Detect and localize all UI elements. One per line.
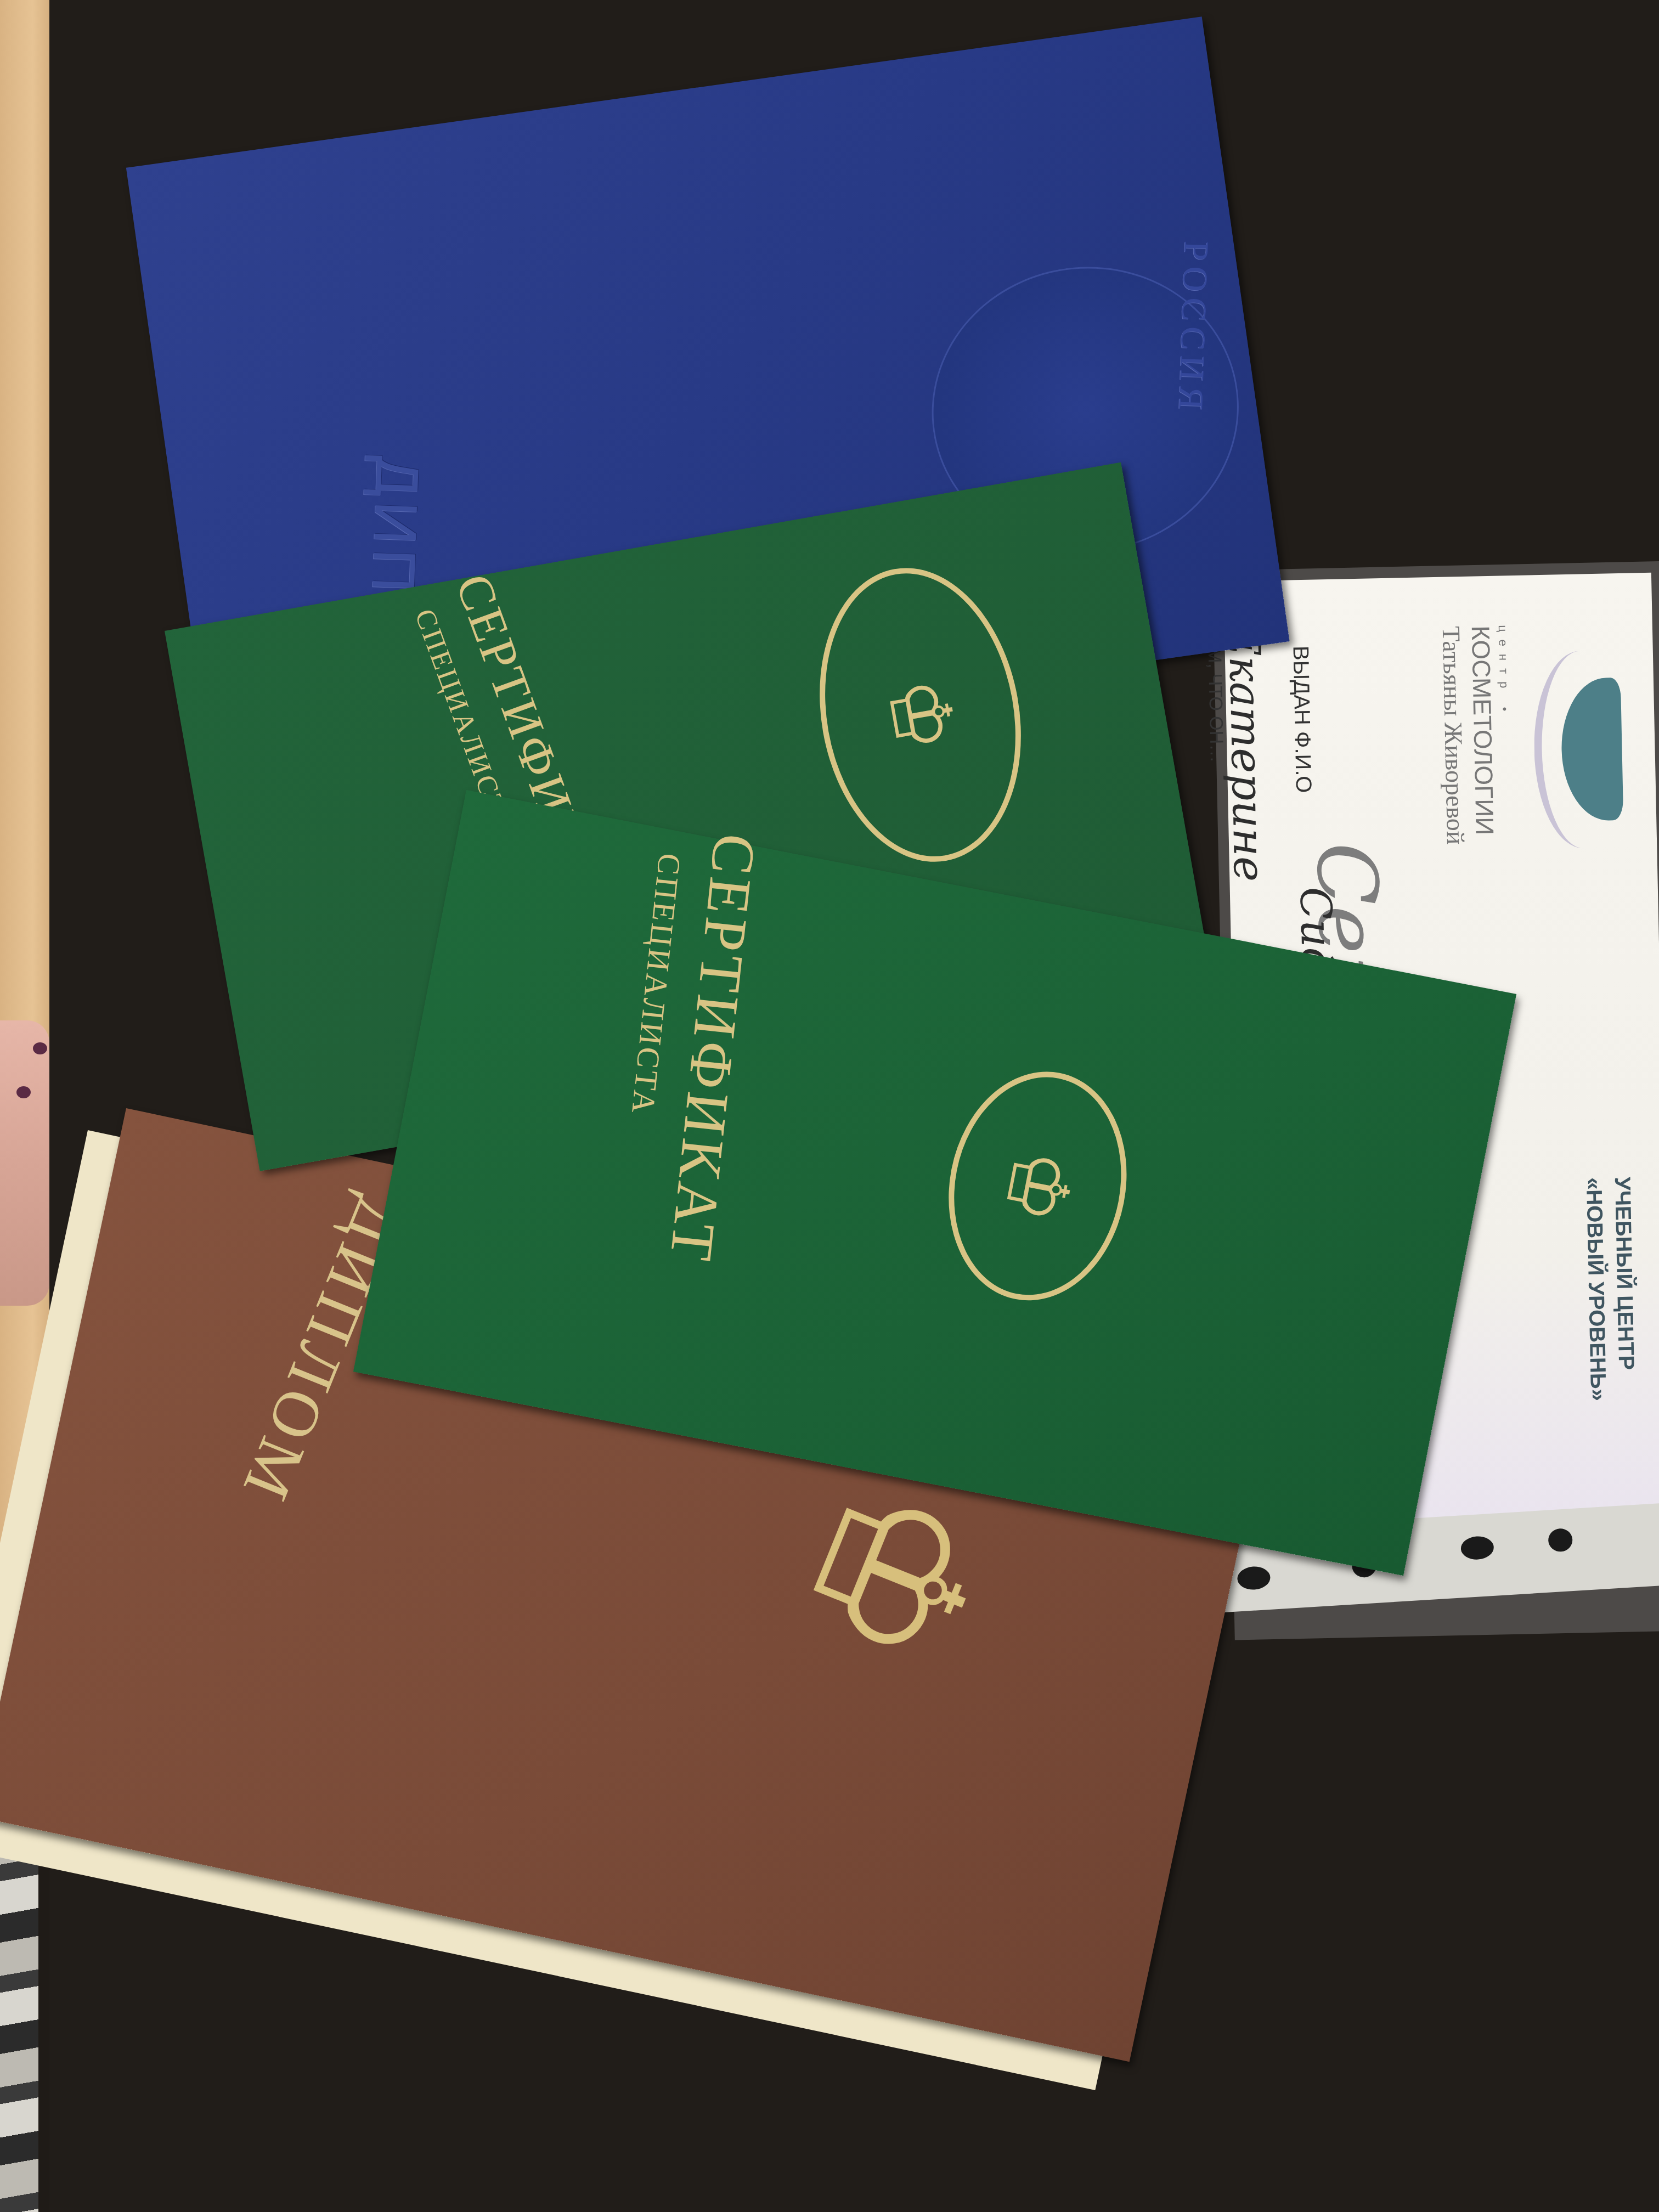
toe-nail <box>33 1042 47 1054</box>
toe-nail <box>16 1086 31 1098</box>
issued-to-label: ВЫДАН Ф.И.О <box>1288 646 1316 793</box>
cosmetology-center-logo: центр • КОСМЕТОЛОГИИ Татьяны Живоревой <box>1437 625 1514 845</box>
emblem-oval: ♔ <box>797 552 1043 878</box>
confirmation-text: М, ЧТО ОН… <box>1204 647 1227 763</box>
emblem-oval: ♔ <box>929 1056 1145 1316</box>
double-headed-eagle-icon: ♔ <box>873 672 967 758</box>
training-center-name: УЧЕБНЫЙ ЦЕНТР «НОВЫЙ УРОВЕНЬ» <box>1579 1176 1641 1401</box>
punch-hole <box>1548 1528 1573 1553</box>
blue-diploma-emblem-text: РОССИЯ <box>1170 240 1217 416</box>
punch-hole <box>1460 1536 1494 1561</box>
foot-toes <box>0 1020 49 1306</box>
training-center-line2: «НОВЫЙ УРОВЕНЬ» <box>1579 1177 1613 1402</box>
logo-main-text: КОСМЕТОЛОГИИ <box>1466 625 1500 844</box>
recipient-first-name: Екатерине <box>1219 624 1274 882</box>
training-center-line1: УЧЕБНЫЙ ЦЕНТР <box>1608 1176 1641 1401</box>
double-headed-eagle-icon: ♔ <box>990 1142 1085 1231</box>
logo-sub-text: Татьяны Живоревой <box>1437 626 1470 845</box>
punch-hole <box>1237 1566 1271 1591</box>
